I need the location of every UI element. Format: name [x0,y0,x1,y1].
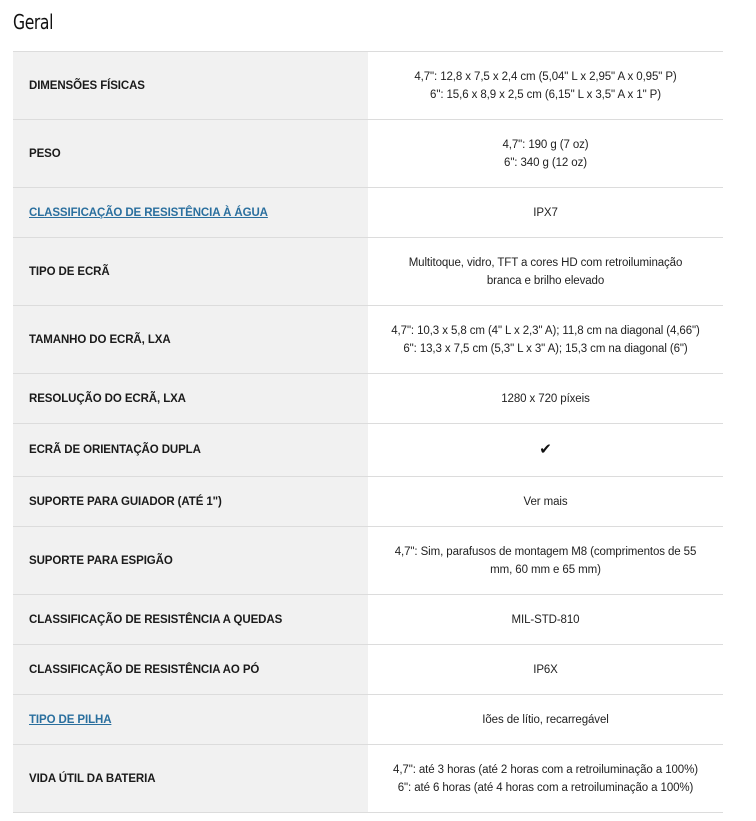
spec-row-battery-type: Tipo de pilha Iões de lítio, recarregáve… [13,695,723,745]
spec-label: Resolução do ecrã, LxA [13,374,368,424]
spec-value-line: 1280 x 720 píxeis [386,390,705,408]
spec-value-line: IPX7 [386,204,705,222]
spec-row-display-type: Tipo de ecrã Multitoque, vidro, TFT a co… [13,238,723,306]
battery-type-link[interactable]: Tipo de pilha [29,714,111,726]
spec-label: Tipo de ecrã [13,238,368,306]
spec-value: 4,7": 10,3 x 5,8 cm (4" L x 2,3" A); 11,… [368,306,723,374]
spec-label: Suporte para espigão [13,527,368,595]
spec-value-line: Multitoque, vidro, TFT a cores HD com re… [386,254,705,272]
spec-row-water-rating: Classificação de resistência à água IPX7 [13,188,723,238]
spec-label: Ecrã de orientação dupla [13,424,368,477]
spec-label: Dimensões físicas [13,52,368,120]
spec-row-dust-rating: Classificação de resistência ao pó IP6X [13,645,723,695]
spec-value-line: 6": 340 g (12 oz) [386,154,705,172]
specs-table: Dimensões físicas 4,7": 12,8 x 7,5 x 2,4… [13,51,723,813]
section-title: Geral [13,8,53,36]
see-more-link[interactable]: Ver mais [386,493,705,511]
spec-value-line: 4,7": 12,8 x 7,5 x 2,4 cm (5,04" L x 2,9… [386,68,705,86]
spec-value-line: IP6X [386,661,705,679]
spec-value-line: 6": 13,3 x 7,5 cm (5,3" L x 3" A); 15,3 … [386,340,705,358]
spec-label: Peso [13,120,368,188]
spec-value-line: branca e brilho elevado [386,272,705,290]
checkmark-icon: ✔ [539,441,551,458]
spec-row-dimensions: Dimensões físicas 4,7": 12,8 x 7,5 x 2,4… [13,52,723,120]
spec-label: Suporte para guiador (até 1") [13,477,368,527]
spec-row-seatpost-mount: Suporte para espigão 4,7": Sim, parafuso… [13,527,723,595]
water-rating-link[interactable]: Classificação de resistência à água [29,207,268,219]
spec-value-line: 6": até 6 horas (até 4 horas com a retro… [386,779,705,797]
spec-value-line: 4,7": Sim, parafusos de montagem M8 (com… [386,543,705,561]
spec-value: 4,7": até 3 horas (até 2 horas com a ret… [368,745,723,813]
spec-value: 4,7": 12,8 x 7,5 x 2,4 cm (5,04" L x 2,9… [368,52,723,120]
spec-value: 4,7": 190 g (7 oz) 6": 340 g (12 oz) [368,120,723,188]
spec-value: Multitoque, vidro, TFT a cores HD com re… [368,238,723,306]
spec-row-weight: Peso 4,7": 190 g (7 oz) 6": 340 g (12 oz… [13,120,723,188]
spec-value: 4,7": Sim, parafusos de montagem M8 (com… [368,527,723,595]
spec-value-line: Iões de lítio, recarregável [386,711,705,729]
spec-row-display-size: Tamanho do ecrã, LxA 4,7": 10,3 x 5,8 cm… [13,306,723,374]
spec-label: Tamanho do ecrã, LxA [13,306,368,374]
spec-value-line: 4,7": até 3 horas (até 2 horas com a ret… [386,761,705,779]
spec-label: Classificação de resistência ao pó [13,645,368,695]
spec-value-line: 4,7": 190 g (7 oz) [386,136,705,154]
spec-label: Classificação de resistência à água [13,188,368,238]
spec-label: Classificação de resistência a quedas [13,595,368,645]
spec-row-drop-rating: Classificação de resistência a quedas MI… [13,595,723,645]
spec-value-line: mm, 60 mm e 65 mm) [386,561,705,579]
spec-row-handlebar-mount: Suporte para guiador (até 1") Ver mais [13,477,723,527]
spec-value: IP6X [368,645,723,695]
spec-value: Iões de lítio, recarregável [368,695,723,745]
spec-value-line: MIL-STD-810 [386,611,705,629]
spec-label: Tipo de pilha [13,695,368,745]
spec-row-display-resolution: Resolução do ecrã, LxA 1280 x 720 píxeis [13,374,723,424]
spec-label: Vida útil da bateria [13,745,368,813]
spec-value: 1280 x 720 píxeis [368,374,723,424]
spec-value-line: 6": 15,6 x 8,9 x 2,5 cm (6,15" L x 3,5" … [386,86,705,104]
spec-value-line: 4,7": 10,3 x 5,8 cm (4" L x 2,3" A); 11,… [386,322,705,340]
spec-value: IPX7 [368,188,723,238]
spec-value: Ver mais [368,477,723,527]
spec-row-battery-life: Vida útil da bateria 4,7": até 3 horas (… [13,745,723,813]
spec-value: ✔ [368,424,723,477]
spec-row-dual-orientation: Ecrã de orientação dupla ✔ [13,424,723,477]
spec-value: MIL-STD-810 [368,595,723,645]
